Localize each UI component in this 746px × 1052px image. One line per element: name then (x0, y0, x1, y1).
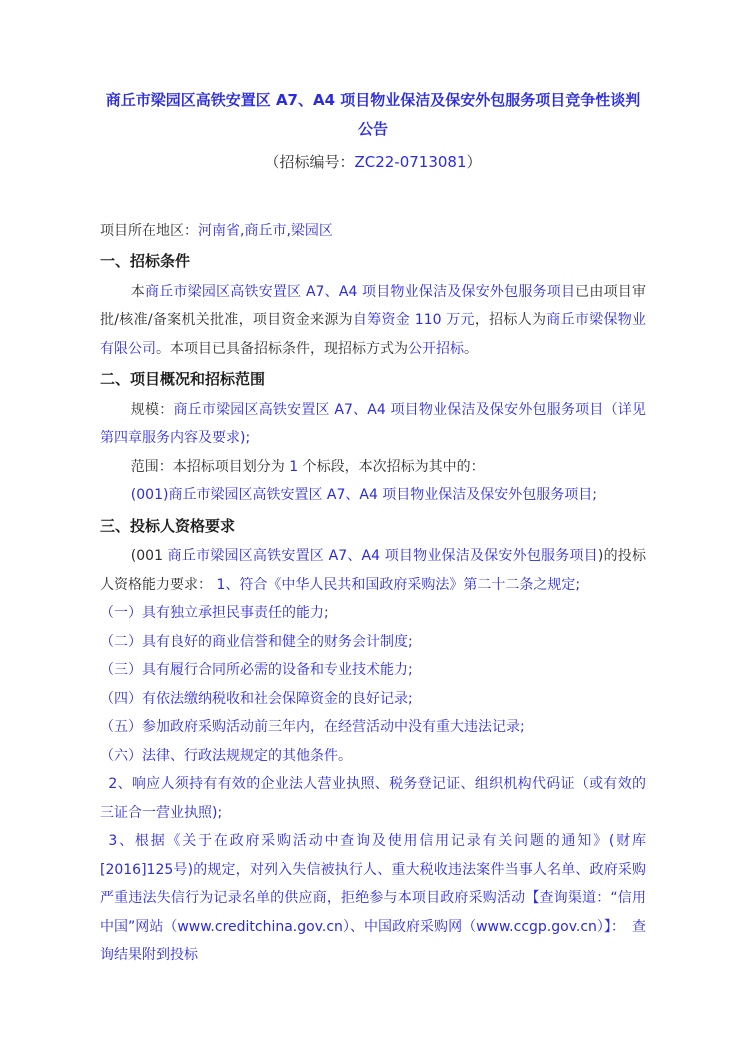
funding-source: 自筹资金 110 万元 (353, 312, 475, 328)
run: 3、根据《关于在政府采购活动中查询及使用信用记录有关问题的通知》(财库[2016… (100, 833, 646, 963)
section-1-heading: 一、招标条件 (100, 247, 646, 276)
run: 个标段，本次招标为其中的： (298, 459, 484, 475)
qualification-item-6: （六）法律、行政法规规定的其他条件。 (100, 742, 646, 771)
run: 1、符合《中华人民共和国政府采购法》第二十二条之规定; (216, 577, 580, 593)
run: 2、响应人须持有有效的企业法人营业执照、税务登记证、组织机构代码证（或有效的三证… (100, 776, 646, 821)
lot-item: (001)商丘市梁园区高铁安置区 A7、A4 项目物业保洁及保安外包服务项目; (100, 481, 646, 510)
project-location-label: 项目所在地区： (100, 223, 198, 239)
project-name: 商丘市梁园区高铁安置区 A7、A4 项目物业保洁及保安外包服务项目 (145, 284, 575, 300)
qualification-item-5: （五）参加政府采购活动前三年内，在经营活动中没有重大违法记录; (100, 713, 646, 742)
qualification-item-text: （三）具有履行合同所必需的设备和专业技术能力; (100, 662, 413, 678)
run: ，招标人为 (475, 312, 546, 328)
qualification-item-text: （六）法律、行政法规规定的其他条件。 (100, 748, 352, 764)
scope-paragraph: 范围：本招标项目划分为 1 个标段，本次招标为其中的： (100, 453, 646, 482)
qualification-item-4: （四）有依法缴纳税收和社会保障资金的良好记录; (100, 685, 646, 714)
project-location: 项目所在地区：河南省,商丘市,梁园区 (100, 217, 646, 246)
scale-paragraph: 规模：商丘市梁园区高铁安置区 A7、A4 项目物业保洁及保安外包服务项目（详见第… (100, 396, 646, 453)
supplier-license-paragraph: 2、响应人须持有有效的企业法人营业执照、税务登记证、组织机构代码证（或有效的三证… (100, 770, 646, 827)
qualification-item-text: （一）具有独立承担民事责任的能力; (100, 605, 329, 621)
scale-label: 规模： (131, 402, 174, 418)
section-3-heading: 三、投标人资格要求 (100, 512, 646, 541)
doc-title-text: 商丘市梁园区高铁安置区 A7、A4 项目物业保洁及保安外包服务项目竞争性谈判公告 (106, 91, 641, 138)
qualification-item-text: （五）参加政府采购活动前三年内，在经营活动中没有重大违法记录; (100, 719, 525, 735)
document-page: 商丘市梁园区高铁安置区 A7、A4 项目物业保洁及保安外包服务项目竞争性谈判公告… (0, 0, 746, 1052)
doc-title: 商丘市梁园区高铁安置区 A7、A4 项目物业保洁及保安外包服务项目竞争性谈判公告 (100, 86, 646, 144)
qualification-item-text: （四）有依法缴纳税收和社会保障资金的良好记录; (100, 691, 413, 707)
qualification-item-2: （二）具有良好的商业信誉和健全的财务会计制度; (100, 628, 646, 657)
tender-number-close: ） (467, 153, 482, 171)
tender-method: 公开招标 (408, 341, 464, 357)
run: 。 (464, 341, 478, 357)
credit-record-paragraph: 3、根据《关于在政府采购活动中查询及使用信用记录有关问题的通知》(财库[2016… (100, 827, 646, 970)
project-name: 商丘市梁园区高铁安置区 A7、A4 项目物业保洁及保安外包服务项目 (168, 548, 598, 564)
section-1-paragraph: 本商丘市梁园区高铁安置区 A7、A4 项目物业保洁及保安外包服务项目已由项目审批… (100, 278, 646, 364)
lot-count: 1 (289, 459, 298, 475)
qualification-intro: (001 商丘市梁园区高铁安置区 A7、A4 项目物业保洁及保安外包服务项目)的… (100, 542, 646, 599)
lot-item-text: (001)商丘市梁园区高铁安置区 A7、A4 项目物业保洁及保安外包服务项目; (131, 487, 597, 503)
tender-number-value: ZC22-0713081 (354, 153, 466, 171)
section-2-heading: 二、项目概况和招标范围 (100, 365, 646, 394)
run: (001 (131, 548, 168, 564)
run: 本 (131, 284, 145, 300)
scale-value: 商丘市梁园区高铁安置区 A7、A4 项目物业保洁及保安外包服务项目（详见第四章服… (100, 402, 646, 447)
tender-number: （招标编号：ZC22-0713081） (100, 148, 646, 177)
qualification-item-text: （二）具有良好的商业信誉和健全的财务会计制度; (100, 634, 413, 650)
project-location-value: 河南省,商丘市,梁园区 (198, 223, 333, 239)
qualification-item-3: （三）具有履行合同所必需的设备和专业技术能力; (100, 656, 646, 685)
qualification-item-1: （一）具有独立承担民事责任的能力; (100, 599, 646, 628)
run: 。本项目已具备招标条件，现招标方式为 (156, 341, 408, 357)
scope-label: 范围：本招标项目划分为 (131, 459, 289, 475)
tender-number-label: （招标编号： (264, 153, 354, 171)
